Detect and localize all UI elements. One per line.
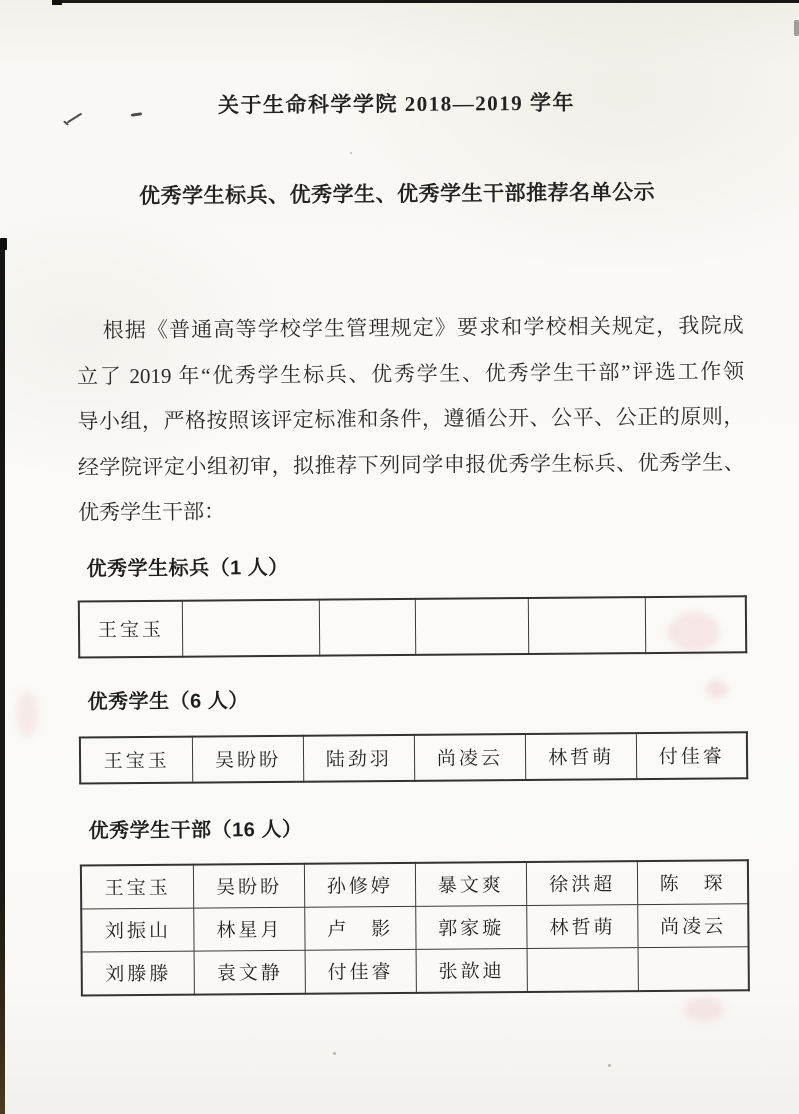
table-cell (319, 598, 416, 655)
table-cell (528, 597, 646, 654)
table-cell (646, 596, 747, 653)
merit-cadre-table: 王宝玉 吴盼盼 孙修婷 暴文爽 徐洪超 陈 琛 刘振山 林星月 卢 影 郭家璇 … (80, 859, 750, 996)
table-cell (416, 597, 529, 654)
document-title-line1: 关于生命科学学院 2018—2019 学年 (0, 85, 796, 121)
paragraph-line: 优秀学生干部： (78, 485, 745, 536)
table-cell: 吴盼盼 (193, 735, 304, 782)
table-cell: 陆劲羽 (303, 734, 414, 781)
table-cell: 吴盼盼 (194, 863, 305, 907)
paragraph-line: 立了 2019 年“优秀学生标兵、优秀学生、优秀学生干部”评选工作领 (77, 349, 744, 400)
table-cell: 袁文静 (194, 950, 305, 994)
document-title-line2: 优秀学生标兵、优秀学生、优秀学生干部推荐名单公示 (0, 175, 797, 211)
table-cell: 林哲萌 (527, 904, 639, 948)
table-cell: 林星月 (194, 907, 305, 951)
paragraph-line: 经学院评定小组初审，拟推荐下列同学申报优秀学生标兵、优秀学生、 (78, 440, 745, 491)
model-student-table: 王宝玉 (78, 595, 747, 658)
table-cell (182, 599, 319, 656)
table-cell: 王宝玉 (81, 864, 194, 908)
table-row: 王宝玉 (79, 596, 746, 657)
scan-speck (333, 1052, 336, 1055)
pink-smudge (684, 998, 724, 1022)
table-cell: 刘振山 (81, 908, 194, 952)
table-row: 刘振山 林星月 卢 影 郭家璇 林哲萌 尚凌云 (81, 903, 748, 951)
table-row: 王宝玉 吴盼盼 陆劲羽 尚凌云 林哲萌 付佳睿 (80, 732, 747, 783)
table-row: 刘滕滕 袁文静 付佳睿 张歆迪 (82, 946, 749, 995)
table-cell: 郭家璇 (415, 905, 527, 949)
document-content: 关于生命科学学院 2018—2019 学年 优秀学生标兵、优秀学生、优秀学生干部… (0, 0, 799, 997)
paragraph-line: 导小组，严格按照该评定标准和条件，遵循公开、公平、公正的原则， (77, 394, 744, 445)
table-cell: 陈 琛 (638, 860, 748, 904)
table-cell: 卢 影 (305, 906, 416, 950)
table-cell: 徐洪超 (526, 861, 638, 905)
table-cell: 王宝玉 (79, 600, 183, 657)
table-cell: 林哲萌 (525, 733, 637, 780)
table-cell: 王宝玉 (80, 736, 193, 783)
section-heading-merit-cadre: 优秀学生干部（16 人） (88, 808, 799, 843)
section-heading-merit-student: 优秀学生（6 人） (87, 679, 799, 714)
table-cell: 尚凌云 (414, 734, 526, 781)
table-cell (638, 946, 748, 990)
table-cell: 刘滕滕 (82, 951, 195, 995)
merit-student-table: 王宝玉 吴盼盼 陆劲羽 尚凌云 林哲萌 付佳睿 (79, 731, 748, 784)
section-heading-model-student: 优秀学生标兵（1 人） (86, 546, 799, 581)
table-cell: 付佳睿 (637, 732, 747, 779)
body-paragraph: 根据《普通高等学校学生管理规定》要求和学校相关规定，我院成 立了 2019 年“… (77, 303, 746, 536)
table-cell: 张歆迪 (416, 948, 528, 992)
table-cell: 暴文爽 (415, 862, 527, 906)
table-cell (527, 947, 639, 991)
paragraph-line: 根据《普通高等学校学生管理规定》要求和学校相关规定，我院成 (77, 303, 744, 354)
table-row: 王宝玉 吴盼盼 孙修婷 暴文爽 徐洪超 陈 琛 (81, 860, 748, 909)
table-cell: 付佳睿 (305, 949, 416, 993)
table-cell: 尚凌云 (638, 903, 748, 947)
scan-speck (608, 1064, 611, 1067)
table-cell: 孙修婷 (304, 862, 415, 906)
scanned-document-page: 关于生命科学学院 2018—2019 学年 优秀学生标兵、优秀学生、优秀学生干部… (0, 0, 799, 1114)
